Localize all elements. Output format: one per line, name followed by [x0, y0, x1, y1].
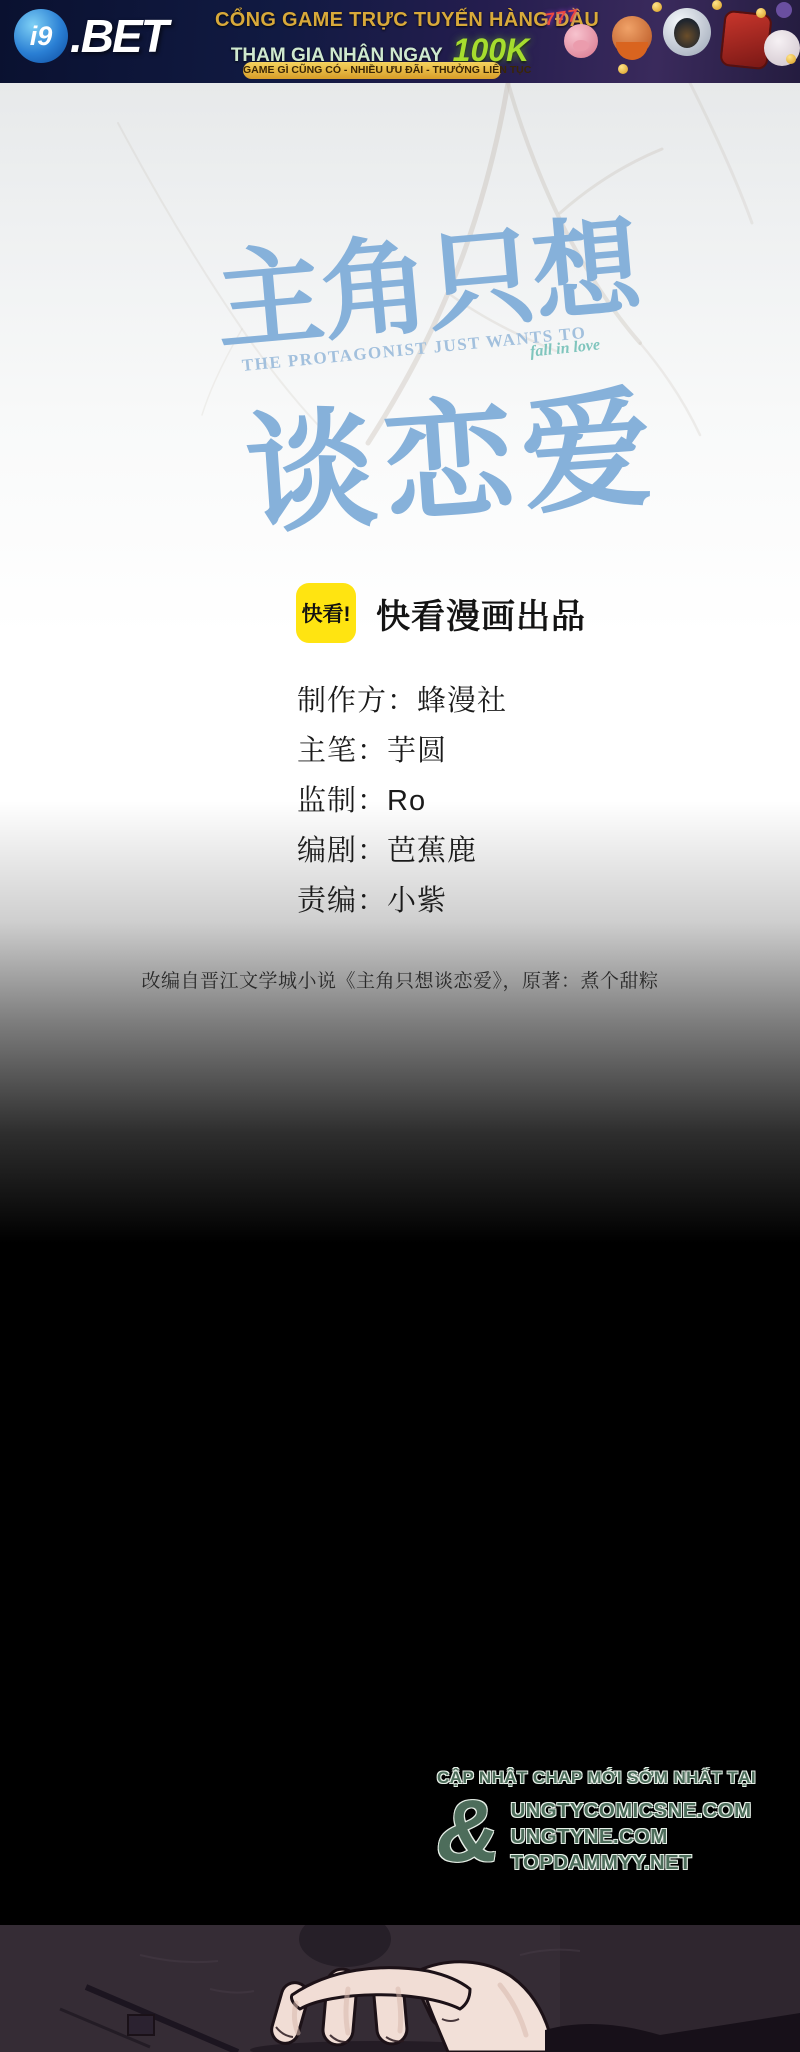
bet-logo-text: .BET: [70, 9, 167, 63]
credit-supervisor: 监制：Ro: [297, 776, 507, 826]
ampersand-glyph: &: [432, 1794, 506, 1868]
ad-headline: CỔNG GAME TRỰC TUYẾN HÀNG ĐẦU: [215, 9, 545, 32]
watermark-site: UNGTYNE.COM: [511, 1824, 752, 1850]
casino-characters-illustration: [560, 0, 800, 83]
adaptation-note: 改编自晋江文学城小说《主角只想谈恋爱》，原著：煮个甜粽: [0, 966, 800, 993]
credit-lead-artist: 主笔：芋圆: [297, 726, 507, 776]
pig-snout: [573, 40, 589, 51]
credit-editor: 责编：小紫: [297, 876, 507, 926]
coin-icon: [618, 64, 628, 74]
coin-icon: [712, 0, 722, 10]
publisher-row: 快看! 快看漫画出品: [296, 583, 586, 643]
credits-list: 制作方：蜂漫社 主笔：芋圆 监制：Ro 编剧：芭蕉鹿 责编：小紫: [297, 676, 507, 926]
coin-icon: [756, 8, 766, 18]
site-watermark: CẬP NHẬT CHAP MỚI SỚM NHẤT TẠI & UNGTYCO…: [437, 1768, 782, 1876]
title-line2: 谈恋爱: [239, 344, 665, 559]
credit-production: 制作方：蜂漫社: [297, 676, 507, 726]
ad-banner-i9bet[interactable]: i9 .BET CỔNG GAME TRỰC TUYẾN HÀNG ĐẦU TH…: [0, 0, 800, 83]
coin-icon: [786, 54, 796, 64]
astronaut-visor: [674, 18, 700, 48]
i9bet-logo: i9 .BET: [14, 9, 167, 63]
i9-logo-circle: i9: [14, 9, 68, 63]
gnome-beard: [616, 42, 648, 60]
watermark-site: UNGTYCOMICSNE.COM: [511, 1798, 752, 1824]
watermark-site-list: UNGTYCOMICSNE.COM UNGTYNE.COM TOPDAMMYY.…: [511, 1794, 752, 1876]
watermark-site: TOPDAMMYY.NET: [511, 1850, 752, 1876]
coin-icon: [652, 2, 662, 12]
kuaikan-logo-badge: 快看!: [296, 583, 356, 643]
watermark-row: & UNGTYCOMICSNE.COM UNGTYNE.COM TOPDAMMY…: [437, 1794, 782, 1876]
comic-reader-page: i9 .BET CỔNG GAME TRỰC TUYẾN HÀNG ĐẦU TH…: [0, 0, 800, 2052]
ad-bottom-strip: GAME GÌ CŨNG CÓ - NHIỀU ƯU ĐÃI - THƯỞNG …: [243, 62, 501, 79]
bat-icon: [776, 2, 792, 18]
comic-panel-hand: [0, 1925, 800, 2052]
credit-screenwriter: 编剧：芭蕉鹿: [297, 826, 507, 876]
publisher-name: 快看漫画出品: [376, 589, 586, 638]
